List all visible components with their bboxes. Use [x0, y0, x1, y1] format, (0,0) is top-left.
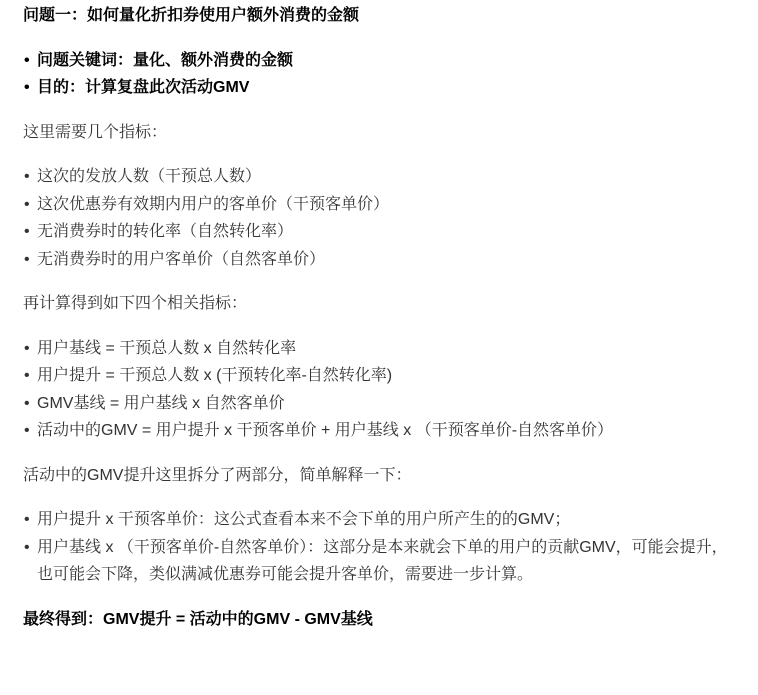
metrics-list: • 这次的发放人数（干预总人数） • 这次优惠券有效期内用户的客单价（干预客单价… — [23, 163, 734, 273]
derived-metric-item: • 用户基线 = 干预总人数 x 自然转化率 — [23, 335, 734, 363]
bullet-icon: • — [24, 218, 30, 246]
bullet-icon: • — [24, 506, 30, 534]
conclusion-line: 最终得到：GMV提升 = 活动中的GMV - GMV基线 — [23, 606, 734, 634]
bullet-icon: • — [24, 417, 30, 445]
explanation-item: • 用户基线 x （干预客单价-自然客单价）：这部分是本来就会下单的用户的贡献G… — [23, 534, 734, 589]
bullet-icon: • — [24, 47, 30, 75]
derived-metric-item: • 活动中的GMV = 用户提升 x 干预客单价 + 用户基线 x （干预客单价… — [23, 417, 734, 445]
explanation-text: 用户基线 x （干预客单价-自然客单价）：这部分是本来就会下单的用户的贡献GMV… — [37, 539, 728, 584]
metric-text: 无消费券时的转化率（自然转化率） — [37, 223, 293, 240]
explanation-text: 用户提升 x 干预客单价：这公式查看本来不会下单的用户所产生的的GMV； — [37, 511, 570, 528]
bullet-icon: • — [24, 163, 30, 191]
formula-text: 用户提升 = 干预总人数 x (干预转化率-自然转化率) — [37, 367, 392, 384]
explanation-item: • 用户提升 x 干预客单价：这公式查看本来不会下单的用户所产生的的GMV； — [23, 506, 734, 534]
key-point-text: 问题关键词：量化、额外消费的金额 — [37, 52, 293, 69]
metrics-intro: 这里需要几个指标： — [23, 119, 734, 147]
metric-item: • 无消费券时的转化率（自然转化率） — [23, 218, 734, 246]
key-point-item: • 问题关键词：量化、额外消费的金额 — [23, 47, 734, 75]
metric-item: • 这次的发放人数（干预总人数） — [23, 163, 734, 191]
bullet-icon: • — [24, 191, 30, 219]
bullet-icon: • — [24, 74, 30, 102]
bullet-icon: • — [24, 246, 30, 274]
formula-text: 活动中的GMV = 用户提升 x 干预客单价 + 用户基线 x （干预客单价-自… — [37, 422, 613, 439]
key-point-item: • 目的：计算复盘此次活动GMV — [23, 74, 734, 102]
derived-metrics-intro: 再计算得到如下四个相关指标： — [23, 290, 734, 318]
metric-item: • 无消费券时的用户客单价（自然客单价） — [23, 246, 734, 274]
question-heading: 问题一：如何量化折扣券使用户额外消费的金额 — [23, 2, 734, 30]
derived-metric-item: • GMV基线 = 用户基线 x 自然客单价 — [23, 390, 734, 418]
metric-text: 这次优惠券有效期内用户的客单价（干预客单价） — [37, 196, 389, 213]
derived-metrics-list: • 用户基线 = 干预总人数 x 自然转化率 • 用户提升 = 干预总人数 x … — [23, 335, 734, 445]
formula-text: 用户基线 = 干预总人数 x 自然转化率 — [37, 340, 296, 357]
bullet-icon: • — [24, 335, 30, 363]
metric-text: 无消费券时的用户客单价（自然客单价） — [37, 251, 325, 268]
document-page: { "page": { "background_color": "#ffffff… — [0, 0, 758, 695]
metric-item: • 这次优惠券有效期内用户的客单价（干预客单价） — [23, 191, 734, 219]
article: 问题一：如何量化折扣券使用户额外消费的金额 • 问题关键词：量化、额外消费的金额… — [23, 2, 734, 633]
explanations-list: • 用户提升 x 干预客单价：这公式查看本来不会下单的用户所产生的的GMV； •… — [23, 506, 734, 589]
formula-text: GMV基线 = 用户基线 x 自然客单价 — [37, 395, 285, 412]
derived-metric-item: • 用户提升 = 干预总人数 x (干预转化率-自然转化率) — [23, 362, 734, 390]
key-points-list: • 问题关键词：量化、额外消费的金额 • 目的：计算复盘此次活动GMV — [23, 47, 734, 102]
bullet-icon: • — [24, 362, 30, 390]
key-point-text: 目的：计算复盘此次活动GMV — [37, 79, 249, 96]
explanation-intro: 活动中的GMV提升这里拆分了两部分，简单解释一下： — [23, 462, 734, 490]
bullet-icon: • — [24, 534, 30, 562]
bullet-icon: • — [24, 390, 30, 418]
metric-text: 这次的发放人数（干预总人数） — [37, 168, 261, 185]
